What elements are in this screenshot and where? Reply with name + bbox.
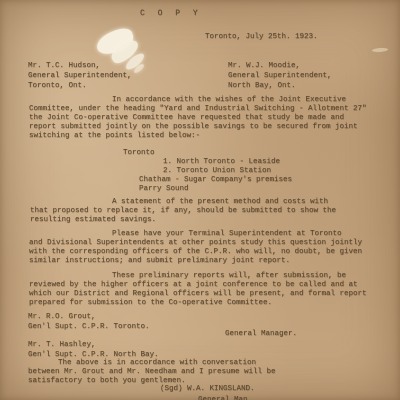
list-item: Parry Sound [139, 185, 189, 194]
paragraph-review: These preliminary reports will, after su… [29, 272, 389, 308]
recipient-left-name: Mr. T.C. Hudson, [28, 62, 100, 70]
paper-scuff-mark [372, 47, 388, 52]
list-item: 2. Toronto Union Station [163, 167, 271, 176]
signature-title-partial: General Man [198, 396, 248, 400]
recipient-right-address: Mr. W.J. Moodie, General Superintendent,… [228, 61, 332, 91]
scanned-letter-page: C O P Y Toronto, July 25th. 1923. Mr. T.… [0, 0, 400, 400]
recipient-right-title: General Superintendent, [228, 72, 332, 80]
paragraph-intro: In accordance with the wishes of the Joi… [29, 96, 384, 141]
cc-block-grout: Mr. R.O. Grout, Gen'l Supt. C.P.R. Toron… [28, 313, 150, 332]
closing-note: The above is in accordance with conversa… [28, 359, 328, 386]
recipient-left-address: Mr. T.C. Hudson, General Superintendent,… [28, 61, 132, 91]
list-item: Chatham - Sugar Company's premises [139, 176, 292, 185]
recipient-right-place: North Bay, Ont. [228, 82, 296, 90]
recipient-left-place: Toronto, Ont. [28, 82, 87, 90]
dateline: Toronto, July 25th. 1923. [205, 33, 318, 42]
recipient-right-name: Mr. W.J. Moodie, [228, 62, 300, 70]
recipient-left-title: General Superintendent, [28, 72, 132, 80]
cc-block-hashley: Mr. T. Hashley, Gen'l Supt. C.P.R. North… [28, 341, 159, 360]
paragraph-instruction: Please have your Terminal Superintendent… [29, 230, 389, 266]
signature-line: (Sgd) W.A. KINGSLAND. [160, 385, 255, 394]
list-item: 1. North Toronto - Leaside [163, 158, 280, 167]
signature-title: General Manager. [225, 330, 297, 339]
paragraph-statement: A statement of the present method and co… [30, 198, 385, 225]
list-heading-toronto: Toronto [123, 149, 155, 158]
copy-label: C O P Y [140, 9, 202, 18]
